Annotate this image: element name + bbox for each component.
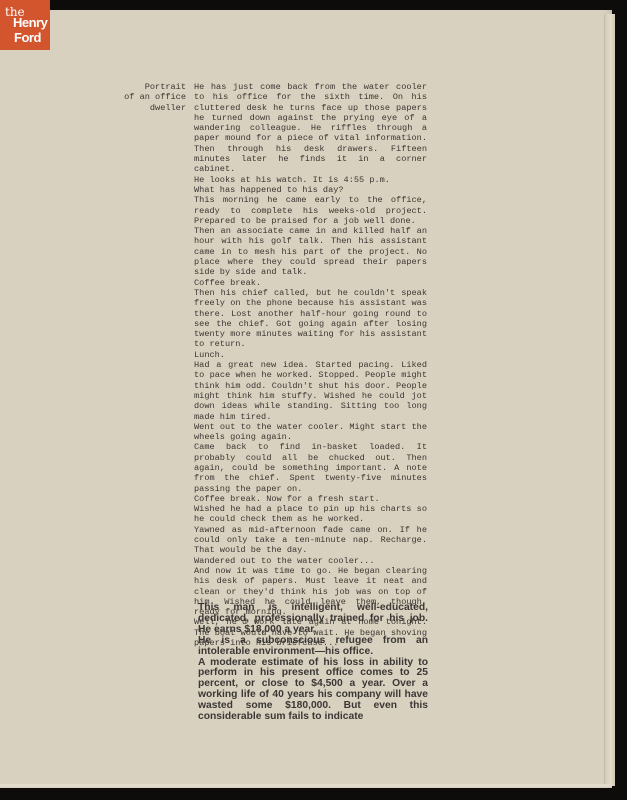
paragraph: He looks at his watch. It is 4:55 p.m.: [194, 175, 427, 185]
paragraph: Came back to find in-basket loaded. It p…: [194, 442, 427, 493]
paragraph: Had a great new idea. Started pacing. Li…: [194, 360, 427, 422]
typewritten-body: He has just come back from the water coo…: [194, 82, 427, 648]
logo-ford: Ford: [14, 30, 41, 45]
paragraph: Lunch.: [194, 350, 427, 360]
page-edge: [604, 14, 615, 786]
paragraph: Yawned as mid-afternoon fade came on. If…: [194, 525, 427, 556]
bold-paragraph: A moderate estimate of his loss in abili…: [198, 658, 428, 723]
paragraph: He has just come back from the water coo…: [194, 82, 427, 175]
paragraph: Wished he had a place to pin up his char…: [194, 504, 427, 525]
bold-paragraph: This man is intelligent, well-educated, …: [198, 603, 428, 636]
paragraph: What has happened to his day?: [194, 185, 427, 195]
paragraph: Coffee break.: [194, 278, 427, 288]
margin-heading: Portrait of an office dweller: [110, 82, 186, 113]
margin-line: Portrait: [110, 82, 186, 92]
paragraph: Coffee break. Now for a fresh start.: [194, 494, 427, 504]
henry-ford-logo: the Henry Ford: [0, 0, 50, 50]
bold-summary: This man is intelligent, well-educated, …: [198, 603, 428, 723]
logo-henry: Henry: [13, 15, 47, 30]
paragraph: This morning he came early to the office…: [194, 195, 427, 226]
paragraph: Then an associate came in and killed hal…: [194, 226, 427, 277]
margin-line: of an office: [110, 92, 186, 102]
margin-line: dweller: [110, 103, 186, 113]
bold-paragraph: He is a subconscious refugee from an int…: [198, 636, 428, 658]
paragraph: Went out to the water cooler. Might star…: [194, 422, 427, 443]
page-bottom-edge: [0, 784, 612, 787]
paragraph: Then his chief called, but he couldn't s…: [194, 288, 427, 350]
paragraph: Wandered out to the water cooler...: [194, 556, 427, 566]
